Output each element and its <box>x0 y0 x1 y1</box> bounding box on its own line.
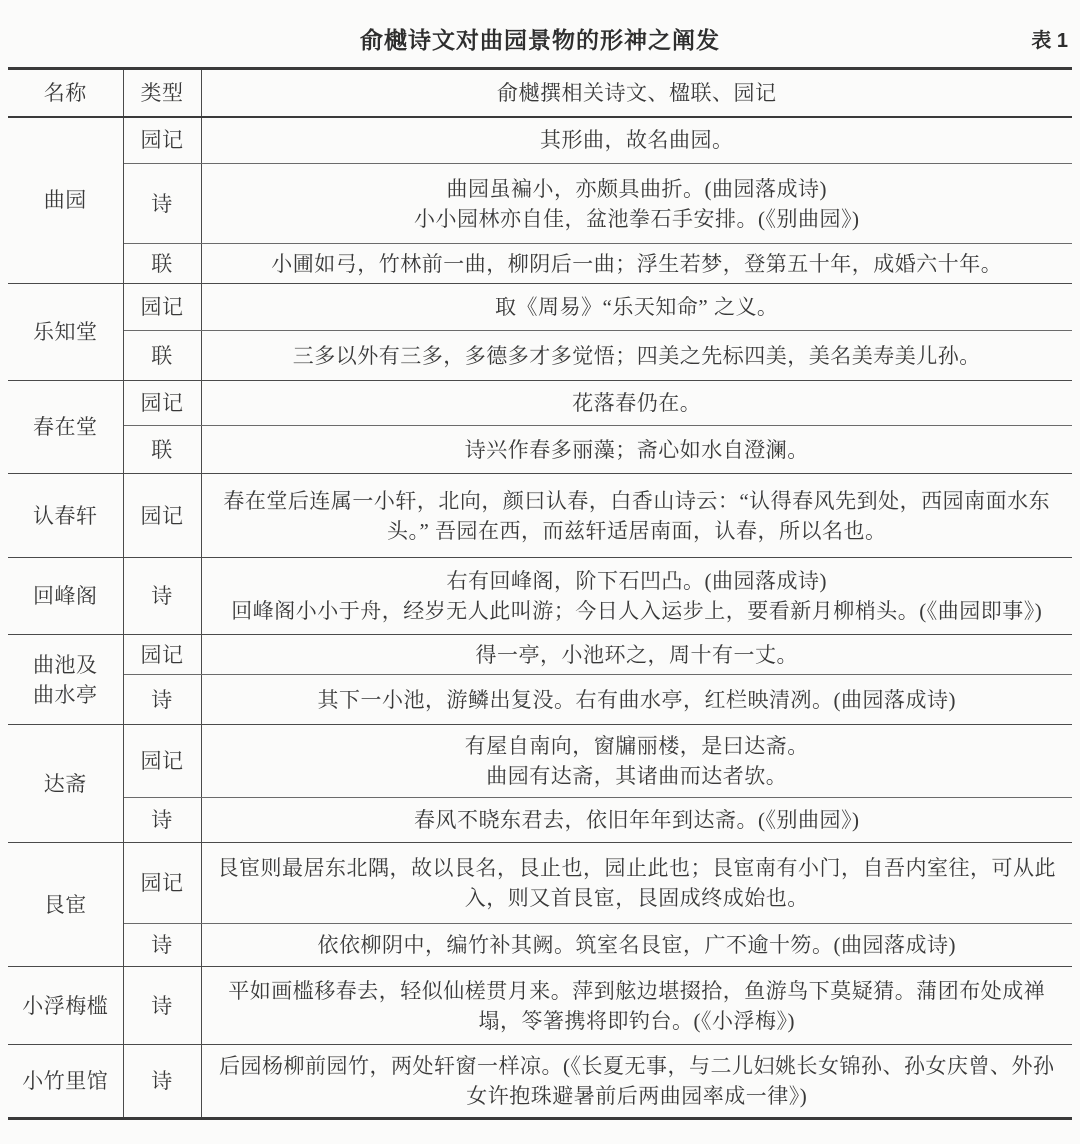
name-cell: 认春轩 <box>8 474 123 558</box>
content-line: 曲园有达斋，其诸曲而达者欤。 <box>218 761 1057 791</box>
type-cell: 联 <box>123 426 201 474</box>
content-cell: 其形曲，故名曲园。 <box>201 117 1072 164</box>
type-cell: 诗 <box>123 924 201 967</box>
table-row: 小竹里馆 诗 后园杨柳前园竹，两处轩窗一样凉。(《长夏无事，与二儿妇姚长女锦孙、… <box>8 1045 1072 1119</box>
table-row: 联 三多以外有三多，多德多才多觉悟；四美之先标四美，美名美寿美儿孙。 <box>8 331 1072 381</box>
content-cell: 有屋自南向，窗牖丽楼，是曰达斋。 曲园有达斋，其诸曲而达者欤。 <box>201 725 1072 798</box>
name-cell: 曲池及 曲水亭 <box>8 635 123 725</box>
name-line: 回峰阁 <box>14 581 117 611</box>
content-line: 春在堂后连属一小轩，北向，颜曰认春，白香山诗云：“认得春风先到处，西园南面水东头… <box>218 486 1057 546</box>
type-cell: 园记 <box>123 725 201 798</box>
type-cell: 园记 <box>123 117 201 164</box>
content-line: 平如画槛移春去，轻似仙槎贯月来。萍到舷边堪掇拾，鱼游鸟下莫疑猜。蒲团布处成禅塌，… <box>218 976 1057 1036</box>
name-cell: 回峰阁 <box>8 558 123 635</box>
name-line: 曲水亭 <box>14 680 117 710</box>
name-cell: 小竹里馆 <box>8 1045 123 1119</box>
content-cell: 小圃如弓，竹林前一曲，柳阴后一曲；浮生若梦，登第五十年，成婚六十年。 <box>201 244 1072 284</box>
content-cell: 其下一小池，游鳞出复没。右有曲水亭，红栏映清冽。(曲园落成诗) <box>201 675 1072 725</box>
content-line: 其下一小池，游鳞出复没。右有曲水亭，红栏映清冽。(曲园落成诗) <box>218 685 1057 715</box>
content-line: 艮宦则最居东北隅，故以艮名，艮止也，园止此也；艮宦南有小门，自吾内室往，可从此入… <box>218 853 1057 913</box>
content-cell: 平如画槛移春去，轻似仙槎贯月来。萍到舷边堪掇拾，鱼游鸟下莫疑猜。蒲团布处成禅塌，… <box>201 967 1072 1045</box>
type-cell: 诗 <box>123 798 201 843</box>
type-cell: 园记 <box>123 635 201 675</box>
name-cell: 达斋 <box>8 725 123 843</box>
content-line: 右有回峰阁，阶下石凹凸。(曲园落成诗) <box>218 566 1057 596</box>
type-cell: 诗 <box>123 558 201 635</box>
table-row: 乐知堂 园记 取《周易》“乐天知命” 之义。 <box>8 284 1072 331</box>
content-cell: 得一亭，小池环之，周十有一丈。 <box>201 635 1072 675</box>
table-row: 曲池及 曲水亭 园记 得一亭，小池环之，周十有一丈。 <box>8 635 1072 675</box>
name-cell: 曲园 <box>8 117 123 284</box>
content-line: 有屋自南向，窗牖丽楼，是曰达斋。 <box>218 731 1057 761</box>
table-row: 联 诗兴作春多丽藻；斋心如水自澄澜。 <box>8 426 1072 474</box>
name-line: 春在堂 <box>14 412 117 442</box>
column-header-type: 类型 <box>123 69 201 117</box>
content-cell: 花落春仍在。 <box>201 381 1072 426</box>
column-header-content: 俞樾撰相关诗文、楹联、园记 <box>201 69 1072 117</box>
content-cell: 诗兴作春多丽藻；斋心如水自澄澜。 <box>201 426 1072 474</box>
type-cell: 园记 <box>123 843 201 924</box>
name-cell: 小浮梅槛 <box>8 967 123 1045</box>
title-bar: 俞樾诗文对曲园景物的形神之阐发 表 1 <box>8 0 1072 67</box>
type-cell: 园记 <box>123 474 201 558</box>
type-cell: 诗 <box>123 675 201 725</box>
content-line: 花落春仍在。 <box>218 388 1057 418</box>
table-row: 诗 曲园虽褊小，亦颇具曲折。(曲园落成诗) 小小园林亦自佳，盆池拳石手安排。(《… <box>8 164 1072 244</box>
table-row: 小浮梅槛 诗 平如画槛移春去，轻似仙槎贯月来。萍到舷边堪掇拾，鱼游鸟下莫疑猜。蒲… <box>8 967 1072 1045</box>
type-cell: 园记 <box>123 284 201 331</box>
content-cell: 曲园虽褊小，亦颇具曲折。(曲园落成诗) 小小园林亦自佳，盆池拳石手安排。(《别曲… <box>201 164 1072 244</box>
content-cell: 右有回峰阁，阶下石凹凸。(曲园落成诗) 回峰阁小小于舟，经岁无人此叫游；今日人入… <box>201 558 1072 635</box>
type-cell: 诗 <box>123 967 201 1045</box>
table-row: 春在堂 园记 花落春仍在。 <box>8 381 1072 426</box>
name-line: 曲园 <box>14 185 117 215</box>
type-cell: 联 <box>123 331 201 381</box>
content-line: 三多以外有三多，多德多才多觉悟；四美之先标四美，美名美寿美儿孙。 <box>218 341 1057 371</box>
table-row: 诗 依依柳阴中，编竹补其阙。筑室名艮宦，广不逾十笏。(曲园落成诗) <box>8 924 1072 967</box>
content-line: 小小园林亦自佳，盆池拳石手安排。(《别曲园》) <box>218 204 1057 234</box>
table-row: 诗 春风不晓东君去，依旧年年到达斋。(《别曲园》) <box>8 798 1072 843</box>
name-line: 艮宦 <box>14 890 117 920</box>
name-line: 认春轩 <box>14 501 117 531</box>
type-cell: 诗 <box>123 164 201 244</box>
type-cell: 园记 <box>123 381 201 426</box>
content-cell: 艮宦则最居东北隅，故以艮名，艮止也，园止此也；艮宦南有小门，自吾内室往，可从此入… <box>201 843 1072 924</box>
name-line: 乐知堂 <box>14 317 117 347</box>
content-line: 诗兴作春多丽藻；斋心如水自澄澜。 <box>218 435 1057 465</box>
content-cell: 后园杨柳前园竹，两处轩窗一样凉。(《长夏无事，与二儿妇姚长女锦孙、孙女庆曾、外孙… <box>201 1045 1072 1119</box>
name-line: 达斋 <box>14 769 117 799</box>
name-cell: 乐知堂 <box>8 284 123 381</box>
content-line: 其形曲，故名曲园。 <box>218 125 1057 155</box>
page-title: 俞樾诗文对曲园景物的形神之阐发 <box>8 22 1072 55</box>
table-row: 曲园 园记 其形曲，故名曲园。 <box>8 117 1072 164</box>
content-cell: 依依柳阴中，编竹补其阙。筑室名艮宦，广不逾十笏。(曲园落成诗) <box>201 924 1072 967</box>
type-cell: 联 <box>123 244 201 284</box>
header-row: 名称 类型 俞樾撰相关诗文、楹联、园记 <box>8 69 1072 117</box>
content-cell: 三多以外有三多，多德多才多觉悟；四美之先标四美，美名美寿美儿孙。 <box>201 331 1072 381</box>
poems-table: 名称 类型 俞樾撰相关诗文、楹联、园记 曲园 园记 其形曲，故名曲园。 诗 曲园… <box>8 67 1072 1120</box>
table-row: 艮宦 园记 艮宦则最居东北隅，故以艮名，艮止也，园止此也；艮宦南有小门，自吾内室… <box>8 843 1072 924</box>
name-line: 曲池及 <box>14 650 117 680</box>
name-line: 小竹里馆 <box>14 1066 117 1096</box>
table-row: 认春轩 园记 春在堂后连属一小轩，北向，颜曰认春，白香山诗云：“认得春风先到处，… <box>8 474 1072 558</box>
name-line: 小浮梅槛 <box>14 991 117 1021</box>
content-cell: 春风不晓东君去，依旧年年到达斋。(《别曲园》) <box>201 798 1072 843</box>
table-number-label: 表 1 <box>1031 24 1068 53</box>
content-line: 后园杨柳前园竹，两处轩窗一样凉。(《长夏无事，与二儿妇姚长女锦孙、孙女庆曾、外孙… <box>218 1051 1057 1111</box>
column-header-name: 名称 <box>8 69 123 117</box>
content-line: 曲园虽褊小，亦颇具曲折。(曲园落成诗) <box>218 174 1057 204</box>
content-line: 取《周易》“乐天知命” 之义。 <box>218 292 1057 322</box>
content-line: 依依柳阴中，编竹补其阙。筑室名艮宦，广不逾十笏。(曲园落成诗) <box>218 930 1057 960</box>
table-row: 回峰阁 诗 右有回峰阁，阶下石凹凸。(曲园落成诗) 回峰阁小小于舟，经岁无人此叫… <box>8 558 1072 635</box>
name-cell: 艮宦 <box>8 843 123 967</box>
type-cell: 诗 <box>123 1045 201 1119</box>
table-row: 诗 其下一小池，游鳞出复没。右有曲水亭，红栏映清冽。(曲园落成诗) <box>8 675 1072 725</box>
content-cell: 春在堂后连属一小轩，北向，颜曰认春，白香山诗云：“认得春风先到处，西园南面水东头… <box>201 474 1072 558</box>
content-cell: 取《周易》“乐天知命” 之义。 <box>201 284 1072 331</box>
content-line: 小圃如弓，竹林前一曲，柳阴后一曲；浮生若梦，登第五十年，成婚六十年。 <box>218 249 1057 279</box>
content-line: 回峰阁小小于舟，经岁无人此叫游；今日人入运步上，要看新月柳梢头。(《曲园即事》) <box>218 596 1057 626</box>
table-row: 联 小圃如弓，竹林前一曲，柳阴后一曲；浮生若梦，登第五十年，成婚六十年。 <box>8 244 1072 284</box>
name-cell: 春在堂 <box>8 381 123 474</box>
content-line: 得一亭，小池环之，周十有一丈。 <box>218 640 1057 670</box>
content-line: 春风不晓东君去，依旧年年到达斋。(《别曲园》) <box>218 805 1057 835</box>
table-row: 达斋 园记 有屋自南向，窗牖丽楼，是曰达斋。 曲园有达斋，其诸曲而达者欤。 <box>8 725 1072 798</box>
